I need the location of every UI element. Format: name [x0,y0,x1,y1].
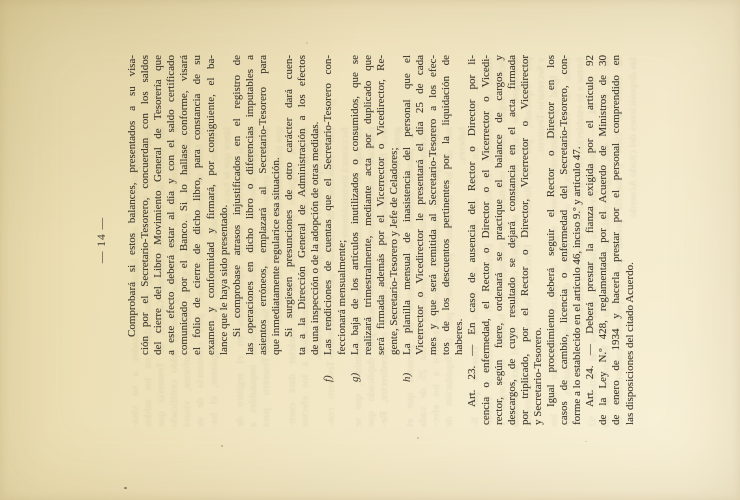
text-line: las disposiciones del citado Acuerdo. [624,55,637,425]
item-label: h) [401,373,414,382]
text-line: La planilla mensual de inasistencia del … [401,55,414,355]
list-item-g: g)La baja de los artículos inutilizados … [349,55,401,355]
text-line: Comprobará si estos balances, presentado… [126,55,139,355]
scanned-book-page: Comprobará si estos balances, presentado… [0,0,740,500]
text-line: examen y conformidad y firmará, por cons… [205,55,218,355]
text-line: Art. 24. — Deberá prestar la fianza exig… [584,55,597,425]
rotated-page: Comprobará si estos balances, presentado… [0,0,740,500]
text-line: La baja de los artículos inutilizados o … [349,55,362,355]
text-line: asientos erróneos, emplazará al Secretar… [257,55,270,355]
text-line: que inmediatamente regularice esa situac… [270,55,283,355]
paragraph: Comprobará si estos balances, presentado… [126,55,231,355]
text-line: el folio de cierre de dicho libro, para … [191,55,204,355]
text-line: de enero de 1934 y hacerla prestar por e… [610,55,623,425]
text-line: comunicado por el Banco. Si lo hallase c… [178,55,191,355]
text-line: de la Ley N.º 428, reglamentada por el A… [597,55,610,425]
text-line: Las rendiciones de cuentas que el Secret… [322,55,335,355]
text-line: realizará trimestralmente, mediante acta… [362,55,375,355]
item-label: g) [349,373,362,382]
text-line: gente, Secretario-Tesorero y Jefe de Cel… [388,55,401,355]
text-line: casos de cambio, licencia o enfermedad d… [558,55,571,425]
list-item-f: f)Las rendiciones de cuentas que el Secr… [322,55,348,355]
text-block: Comprobará si estos balances, presentado… [126,55,637,425]
text-line: de una inspección o de la adopción de ot… [309,55,322,355]
ink-speck [417,437,419,439]
text-line: ción por el Secretario-Tesorero, concuer… [139,55,152,355]
text-line: lance que le haya sido presentado. [218,55,231,355]
text-line: Art. 23. — En caso de ausencia del Recto… [466,55,479,425]
text-line: del cierre del Libro Movimiento General … [152,55,165,355]
text-line: forme a lo establecido en el artículo 46… [571,55,584,425]
item-label: f) [322,375,335,382]
text-line: a este efecto deberá estar al día y con … [165,55,178,355]
text-line: descargos, de cuyo resultado se dejará c… [506,55,519,425]
text-line: haberes. [453,55,466,355]
ink-speck [585,441,587,442]
text-line: Si comprobase atrasos injustificados en … [231,55,244,355]
text-line: mes y que será remitida al Secretario-Te… [427,55,440,355]
text-line: por triplicado, por el Rector o Director… [519,55,532,425]
ink-speck [306,42,308,44]
text-line: feccionará mensualmente; [336,55,349,355]
text-line: cencia o enfermedad, el Rector o Directo… [480,55,493,425]
paragraph: Art. 23. — En caso de ausencia del Recto… [466,55,545,425]
paragraph: Si comprobase atrasos injustificados en … [231,55,283,355]
text-line: ta a la Dirección General de Administrac… [296,55,309,355]
page-number: — 14 — [96,55,108,425]
paragraph: Si surgiesen presunciones de otro caráct… [283,55,322,355]
list-item-h: h)La planilla mensual de inasistencia de… [401,55,466,355]
text-line: tos de los descuentos pertinentes por la… [440,55,453,355]
text-line: será firmada además por el Vicerrector o… [375,55,388,355]
text-line: las operaciones en dicho libro o diferen… [244,55,257,355]
text-line: Igual procedimiento deberá seguir el Rec… [545,55,558,425]
text-line: Vicerrector o Vicedirector le presentará… [414,55,427,355]
paragraph: Art. 24. — Deberá prestar la fianza exig… [584,55,636,425]
text-line: y Secretario-Tesorero. [532,55,545,425]
ink-speck [124,487,127,489]
text-line: rector, según fuere, ordenará se practiq… [493,55,506,425]
paragraph: Igual procedimiento deberá seguir el Rec… [545,55,584,425]
ink-speck [221,445,223,447]
text-line: Si surgiesen presunciones de otro caráct… [283,55,296,355]
